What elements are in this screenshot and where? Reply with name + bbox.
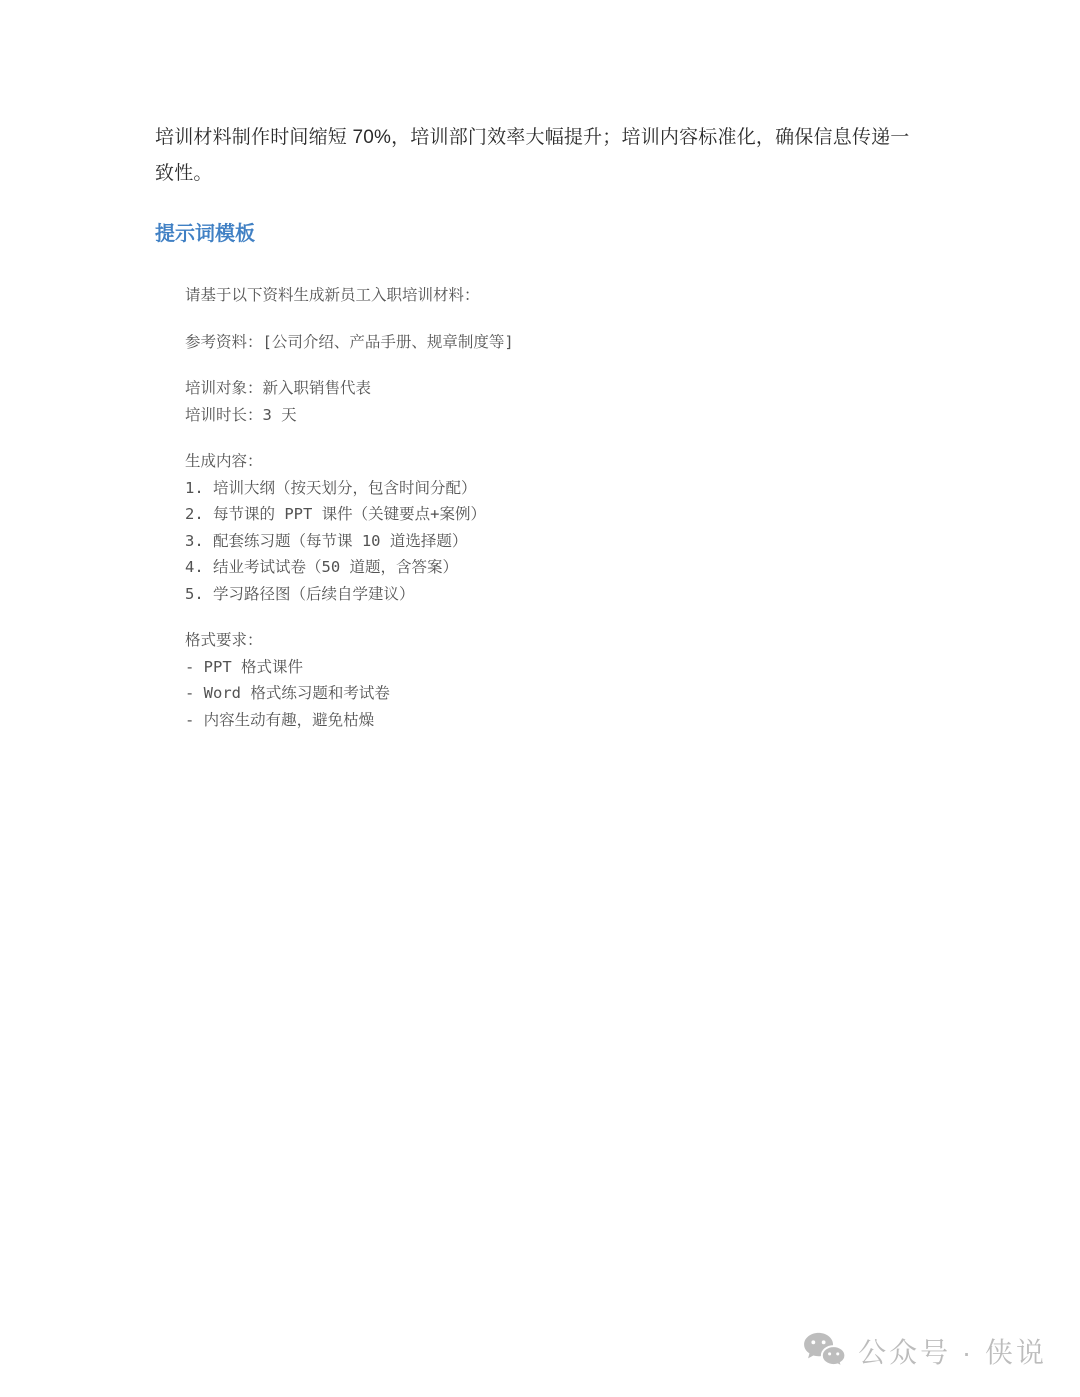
prompt-line: 1. 培训大纲（按天划分，包含时间分配） — [185, 475, 923, 502]
prompt-line: 2. 每节课的 PPT 课件（关键要点+案例） — [185, 501, 923, 528]
section-heading: 提示词模板 — [155, 222, 923, 246]
footer-brand-text: 公众号 · 侠说 — [858, 1331, 1047, 1371]
prompt-line: 培训对象：新入职销售代表 — [185, 375, 923, 402]
prompt-line: 生成内容： — [185, 448, 923, 475]
prompt-line: 5. 学习路径图（后续自学建议） — [185, 581, 923, 608]
prompt-paragraph: 请基于以下资料生成新员工入职培训材料： — [185, 282, 923, 309]
footer-watermark: 公众号 · 侠说 — [802, 1331, 1047, 1371]
document-page: 培训材料制作时间缩短 70%，培训部门效率大幅提升；培训内容标准化，确保信息传递… — [0, 0, 1080, 1397]
prompt-line: 4. 结业考试试卷（50 道题，含答案） — [185, 554, 923, 581]
prompt-line: 3. 配套练习题（每节课 10 道选择题） — [185, 528, 923, 555]
prompt-template-block: 请基于以下资料生成新员工入职培训材料：参考资料：[公司介绍、产品手册、规章制度等… — [185, 282, 923, 733]
prompt-line: 参考资料：[公司介绍、产品手册、规章制度等] — [185, 329, 923, 356]
prompt-paragraph: 参考资料：[公司介绍、产品手册、规章制度等] — [185, 329, 923, 356]
prompt-line: 请基于以下资料生成新员工入职培训材料： — [185, 282, 923, 309]
intro-paragraph: 培训材料制作时间缩短 70%，培训部门效率大幅提升；培训内容标准化，确保信息传递… — [155, 120, 923, 192]
prompt-line: - Word 格式练习题和考试卷 — [185, 680, 923, 707]
prompt-line: - 内容生动有趣，避免枯燥 — [185, 707, 923, 734]
prompt-paragraph: 格式要求：- PPT 格式课件- Word 格式练习题和考试卷- 内容生动有趣，… — [185, 627, 923, 733]
prompt-paragraph: 生成内容：1. 培训大纲（按天划分，包含时间分配）2. 每节课的 PPT 课件（… — [185, 448, 923, 607]
article-content: 培训材料制作时间缩短 70%，培训部门效率大幅提升；培训内容标准化，确保信息传递… — [155, 120, 923, 753]
prompt-paragraph: 培训对象：新入职销售代表培训时长：3 天 — [185, 375, 923, 428]
prompt-line: 培训时长：3 天 — [185, 402, 923, 429]
wechat-icon — [802, 1332, 846, 1370]
prompt-line: 格式要求： — [185, 627, 923, 654]
prompt-line: - PPT 格式课件 — [185, 654, 923, 681]
